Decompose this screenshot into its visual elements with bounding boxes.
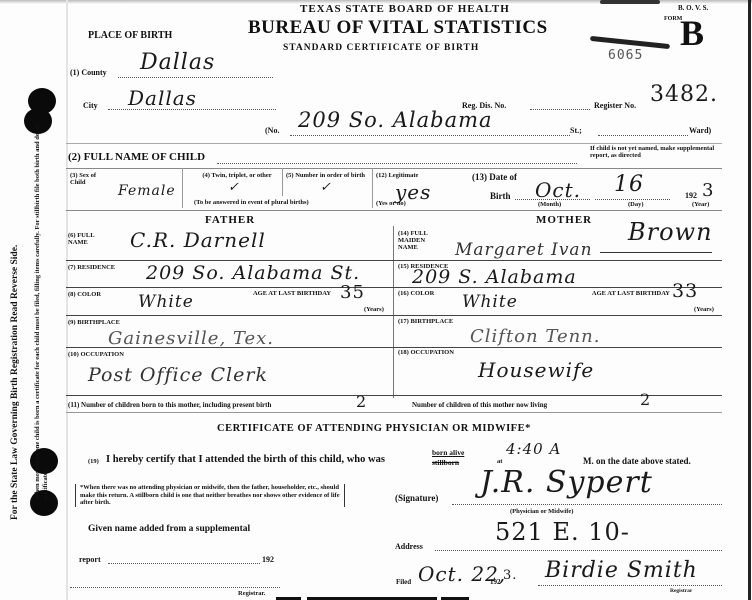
county-label: (1) County [70,68,107,77]
register-label: Register No. [594,101,636,110]
father-name-value: C.R. Darnell [130,228,266,252]
mother-years-hint: (Years) [694,306,714,313]
form-letter: B [680,12,704,54]
attendance-statement: I hereby certify that I attended the bir… [106,454,385,465]
children-living-label: Number of children of this mother now li… [412,401,547,409]
child-name-line [217,163,577,164]
form-agency: B. O. V. S. [678,4,708,12]
mother-age-value: 33 [672,280,698,302]
legitimate-label: (12) Legitimate [376,172,418,179]
divider [66,210,722,211]
birth-month-value: Oct. [535,178,581,202]
report-line [108,563,260,564]
birth-year-suffix: 3 [702,180,714,201]
certificate-stamp-number: 6065 [608,48,643,63]
father-age-label: AGE AT LAST BIRTHDAY [252,290,332,297]
year-prefix: 192 [685,191,697,200]
mother-occupation-value: Housewife [478,358,594,382]
father-birthplace-label: (9) BIRTHPLACE [68,319,120,326]
given-name-label: Given name added from a supplemental [88,524,250,534]
birth-day-value: 16 [614,172,644,197]
certificate-type: STANDARD CERTIFICATE OF BIRTH [283,43,479,53]
strikethrough [600,252,712,253]
child-name-label: (2) FULL NAME OF CHILD [68,151,205,163]
mother-age-label: AGE AT LAST BIRTHDAY [590,290,670,297]
registrar-line-left [70,587,280,588]
certificate-heading: CERTIFICATE OF ATTENDING PHYSICIAN OR MI… [217,423,531,434]
signature-hint: (Physician or Midwife) [510,508,573,515]
divider [393,315,722,316]
registrar-line-right [538,585,722,586]
date-label: (13) Date of [472,172,517,182]
scan-right-edge [748,0,751,600]
registrar-label-left: Registrar. [238,590,265,597]
birth-time-value: 4:40 A [506,440,561,458]
divider [66,143,722,144]
divider [66,315,393,316]
footnote: *When there was no attending physician o… [75,484,345,507]
address-value: 209 So. Alabama [298,108,493,132]
day-line [595,199,670,200]
mother-birthplace-value: Clifton Tenn. [470,326,601,347]
father-residence-value: 209 So. Alabama St. [146,262,360,284]
day-hint: (Day) [628,201,644,208]
board-title: TEXAS STATE BOARD OF HEALTH [300,3,510,15]
twin-label: (4) Twin, triplet, or other [192,172,282,179]
mother-heading: MOTHER [536,214,592,226]
side-instructions-main: For the State Law Governing Birth Regist… [10,120,20,520]
column-divider [393,226,394,398]
registrar-signature: Birdie Smith [545,558,698,583]
report-year-prefix: 192 [262,555,274,564]
father-age-value: 35 [340,282,365,303]
divider [66,347,393,348]
divider [182,168,183,208]
street-label: St.; [570,126,582,135]
divider [66,412,722,413]
birth-label: Birth [490,191,511,201]
mother-color-value: White [462,292,518,312]
mother-name-value: Margaret Ivan [455,240,593,260]
divider [372,168,373,208]
statement-number: (19) [88,458,99,465]
divider [66,168,722,169]
father-residence-label: (7) RESIDENCE [68,264,115,271]
address-prefix: (No. [265,126,279,135]
stillborn-option: stillborn [432,458,459,467]
father-name-label: (6) FULL NAME [68,232,108,246]
order-value: ✓ [320,180,332,195]
father-heading: FATHER [205,214,255,226]
place-of-birth-heading: PLACE OF BIRTH [88,30,172,41]
filed-label: Filed [396,578,411,586]
filed-year-suffix: 3. [503,568,517,583]
ward-line [598,135,688,136]
children-born-value: 2 [356,392,367,411]
city-label: City [83,101,98,110]
mother-color-label: (16) COLOR [398,290,434,297]
order-label: (5) Number in order of birth [286,172,370,179]
year-hint: (Year) [692,201,709,208]
not-named-note: If child is not yet named, make suppleme… [590,145,722,159]
physician-signature: J.R. Sypert [480,465,653,500]
ward-label: Ward) [689,126,711,135]
address-line-cert [435,550,722,551]
born-alive-option: born alive [432,448,464,457]
county-line [118,77,273,78]
plural-note: (To be answered in event of plural birth… [194,199,309,206]
father-years-hint: (Years) [364,306,384,313]
mother-residence-value: 209 S. Alabama [412,266,577,288]
bureau-title: BUREAU OF VITAL STATISTICS [248,17,548,39]
address-label: Address [395,542,423,551]
twin-value: ✓ [228,180,240,195]
county-value: Dallas [140,50,215,75]
divider [393,260,722,261]
ink-smear [600,0,660,4]
father-birthplace-value: Gainesville, Tex. [108,328,274,349]
children-living-value: 2 [640,390,651,409]
sex-value: Female [118,183,176,199]
children-born-label: (11) Number of children born to this mot… [68,401,271,409]
register-value: 3482. [650,82,718,107]
divider [66,395,722,396]
legitimate-hint: (Yes or no) [376,200,406,207]
at-label: at [497,458,502,465]
filed-year-prefix: 192 [490,578,501,586]
address-line [290,135,570,136]
mother-name-correction: Brown [628,218,713,246]
divider [66,260,393,261]
form-label: FORM [664,16,672,23]
month-hint: (Month) [538,201,561,208]
mother-name-label: (14) FULL MAIDEN NAME [398,230,438,251]
divider [282,168,283,196]
signature-label: (Signature) [395,493,438,503]
mother-occupation-label: (18) OCCUPATION [398,349,454,356]
mother-birthplace-label: (17) BIRTHPLACE [398,318,453,325]
margin-fold [66,0,68,600]
divider [393,347,722,348]
city-value: Dallas [128,86,197,110]
father-occupation-label: (10) OCCUPATION [68,351,124,358]
reg-dis-line [530,109,590,110]
physician-address-value: 521 E. 10- [495,518,630,546]
report-label: report [79,555,101,564]
sex-label: (3) Sex of Child [70,172,110,186]
registrar-label-right: Registrar [670,588,692,594]
signature-line [452,504,722,505]
father-occupation-value: Post Office Clerk [88,364,268,386]
side-instructions-sub: When more than one child is born a certi… [34,120,52,500]
father-color-value: White [138,292,194,312]
father-color-label: (8) COLOR [68,291,101,298]
